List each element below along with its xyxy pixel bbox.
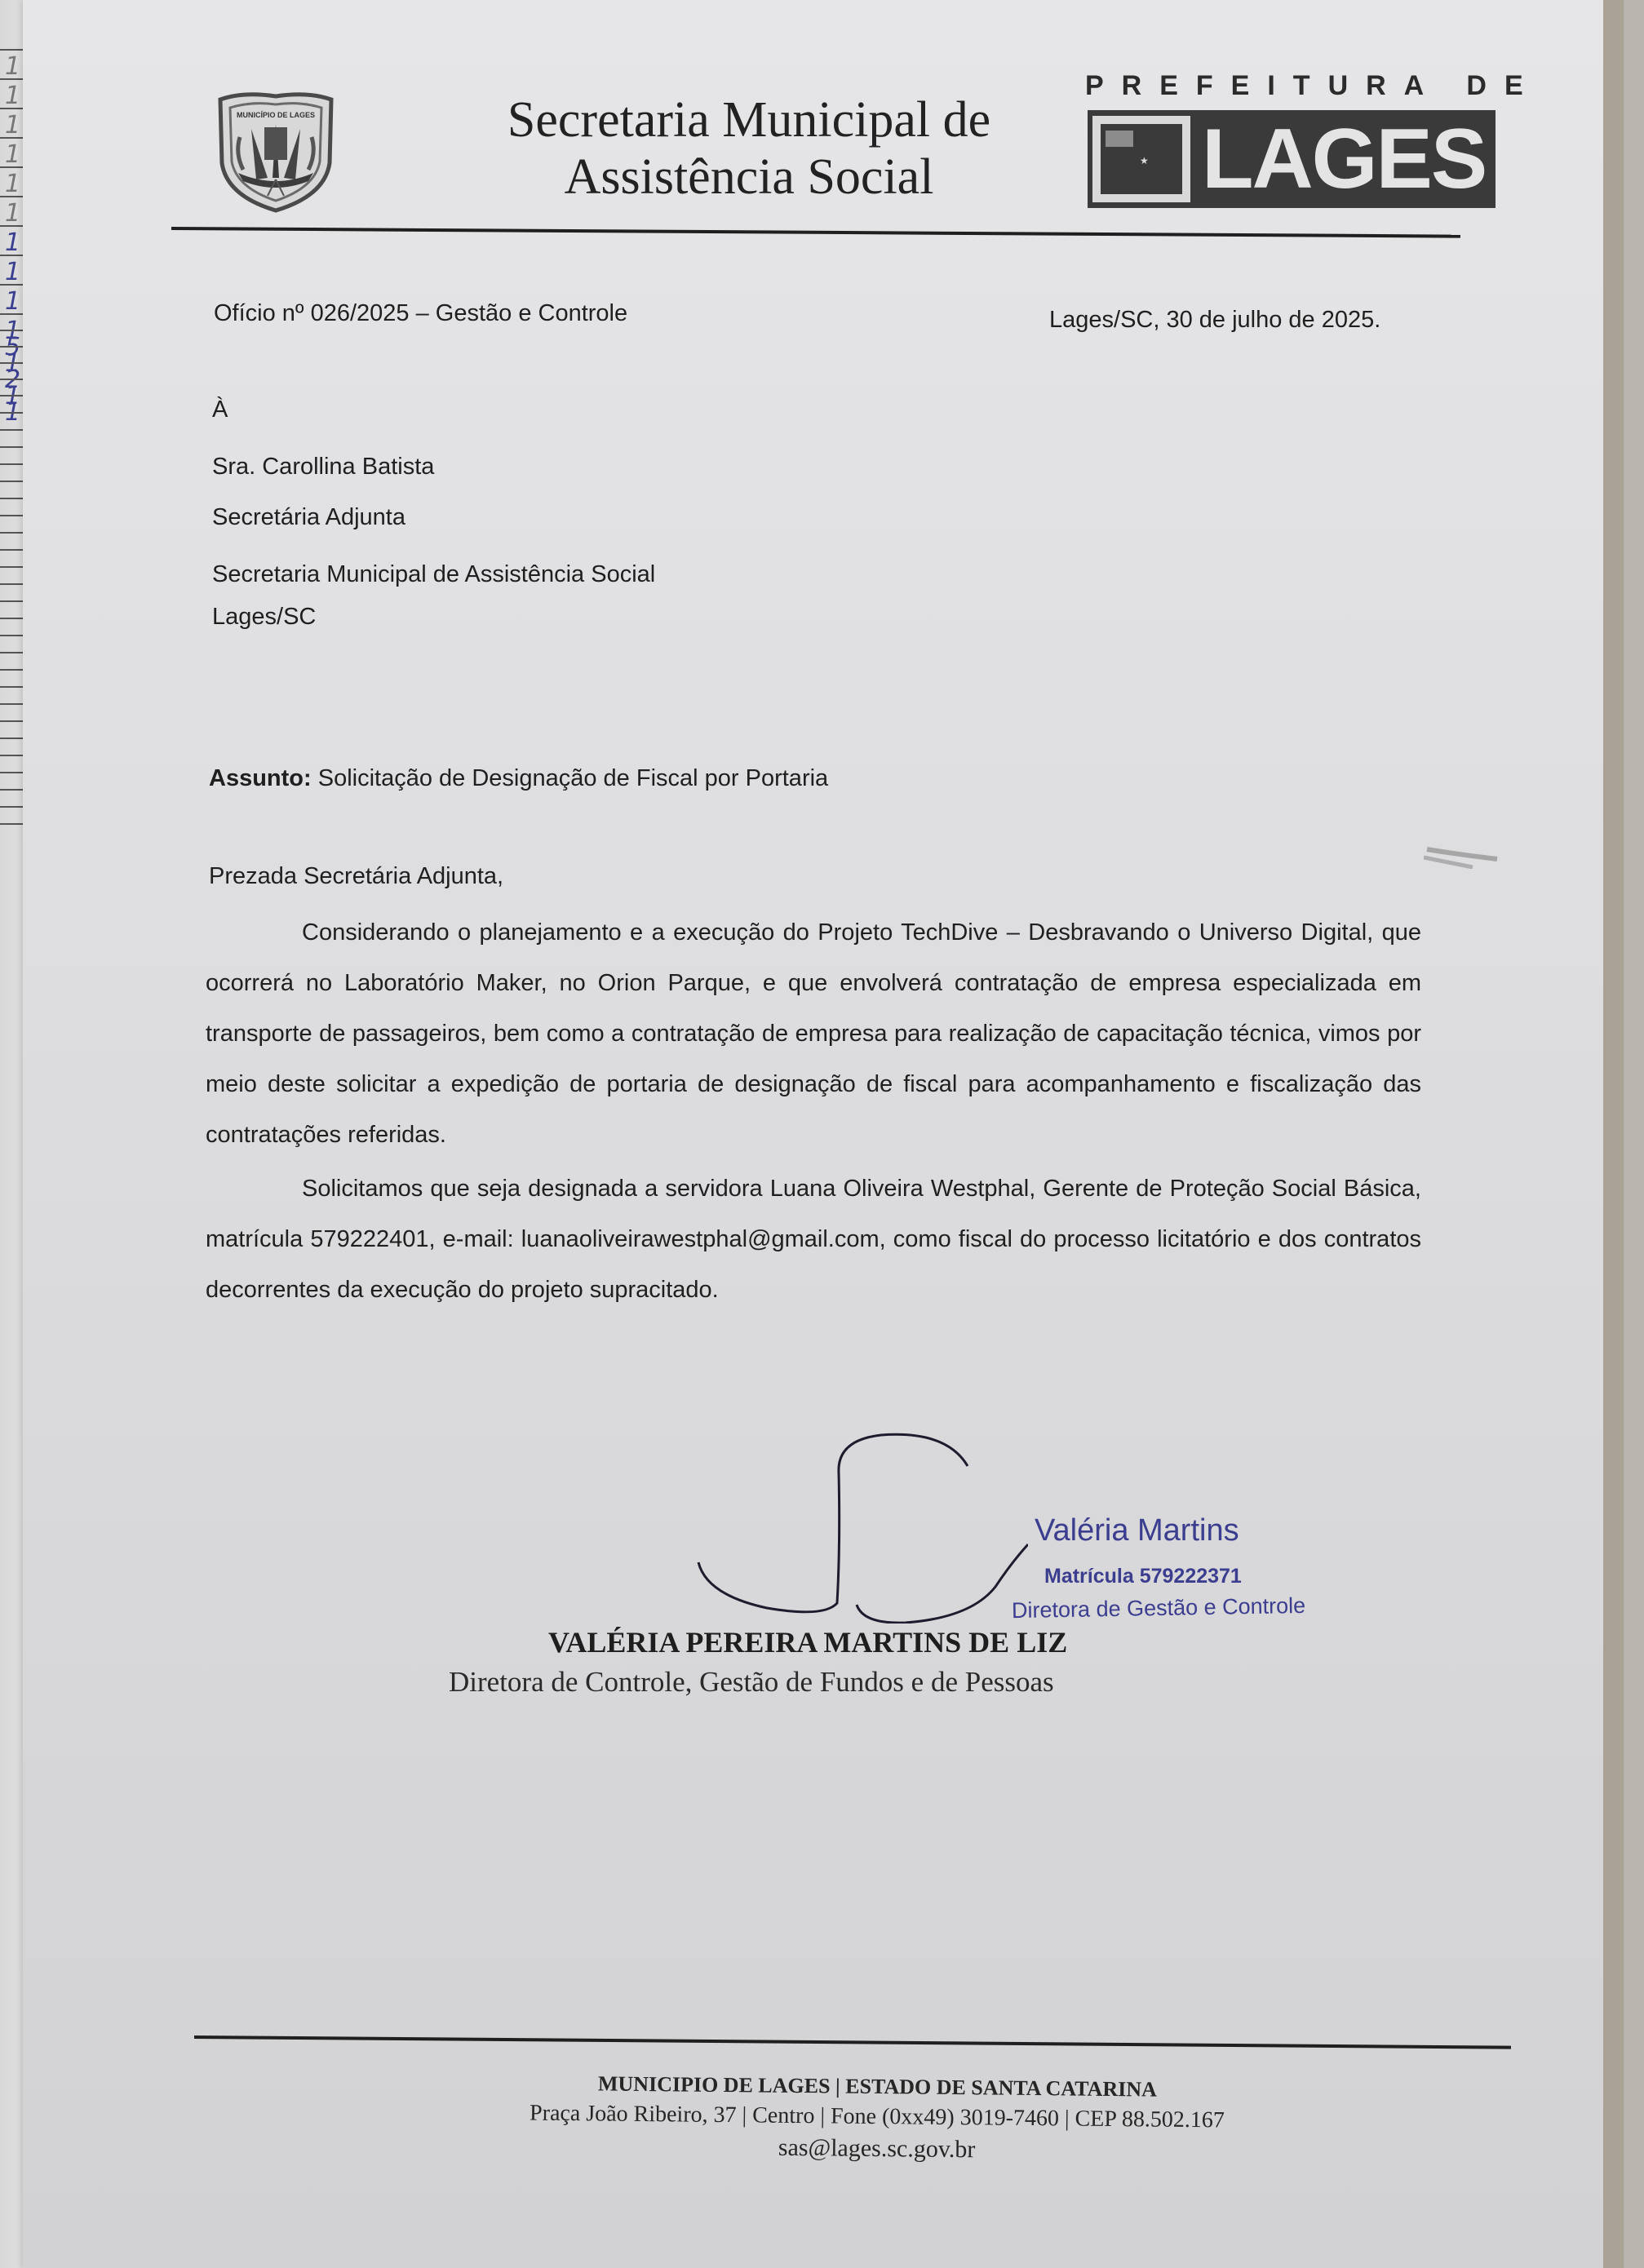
ruled-line bbox=[0, 772, 24, 773]
ruled-line bbox=[0, 429, 24, 431]
ruled-line bbox=[0, 166, 24, 168]
recipient-salutation: À bbox=[212, 396, 228, 423]
lages-logo: ★ LAGES bbox=[1088, 110, 1496, 208]
recipient-title: Secretária Adjunta bbox=[212, 504, 405, 531]
ruled-line bbox=[0, 498, 24, 499]
flag-stripe bbox=[1106, 131, 1133, 147]
ruled-line bbox=[0, 379, 24, 380]
handwritten-mark: 1 bbox=[5, 52, 20, 81]
ruled-line bbox=[0, 532, 24, 534]
ruled-line bbox=[0, 806, 24, 808]
ruled-line bbox=[0, 463, 24, 465]
ruled-line bbox=[0, 515, 24, 516]
ruled-line bbox=[0, 669, 24, 671]
handwritten-mark: 1 bbox=[5, 111, 20, 140]
subject-text: Solicitação de Designação de Fiscal por … bbox=[312, 765, 829, 791]
recipient-name: Sra. Carollina Batista bbox=[212, 454, 434, 481]
ruled-line bbox=[0, 255, 24, 256]
ruled-line bbox=[0, 330, 24, 331]
ruled-line bbox=[0, 225, 24, 227]
department-title: Secretaria Municipal de Assistência Soci… bbox=[488, 91, 1010, 206]
handwritten-mark: 1 bbox=[5, 258, 20, 286]
letter-paragraph: Solicitamos que seja designada a servido… bbox=[206, 1163, 1421, 1315]
signer-role: Diretora de Controle, Gestão de Fundos e… bbox=[449, 1666, 1054, 1699]
department-title-line1: Secretaria Municipal de bbox=[488, 91, 1010, 148]
stamp-role: Diretora de Gestão e Controle bbox=[1012, 1593, 1306, 1623]
flag-icon: ★ bbox=[1092, 116, 1190, 202]
ruled-line bbox=[0, 618, 24, 619]
ruled-line bbox=[0, 313, 24, 315]
ruled-line bbox=[0, 137, 24, 139]
ruled-line bbox=[0, 395, 24, 396]
ruled-line bbox=[0, 412, 24, 414]
ruled-line bbox=[0, 600, 24, 602]
handwritten-mark: 1 bbox=[5, 140, 20, 169]
ruled-line bbox=[0, 583, 24, 585]
handwritten-signature bbox=[685, 1424, 1028, 1623]
ruled-line bbox=[0, 108, 24, 109]
stamp-name: Valéria Martins bbox=[1035, 1513, 1239, 1548]
ruled-line bbox=[0, 78, 24, 80]
recipient-city: Lages/SC bbox=[212, 604, 316, 631]
ruled-line bbox=[0, 652, 24, 653]
ruled-line bbox=[0, 823, 24, 825]
ruled-line bbox=[0, 481, 24, 482]
ruled-line bbox=[0, 549, 24, 551]
letter-reference: Ofício nº 026/2025 – Gestão e Controle bbox=[214, 300, 627, 327]
ruled-line bbox=[0, 446, 24, 448]
prefeitura-label: PREFEITURA DE bbox=[1085, 70, 1541, 102]
star-icon: ★ bbox=[1140, 155, 1149, 166]
ruled-line bbox=[0, 196, 24, 197]
department-title-line2: Assistência Social bbox=[488, 148, 1010, 206]
subject-label: Assunto: bbox=[209, 765, 312, 791]
ruled-line bbox=[0, 789, 24, 791]
ruled-line bbox=[0, 346, 24, 348]
ruled-line bbox=[0, 49, 24, 51]
letter-subject: Assunto: Solicitação de Designação de Fi… bbox=[209, 765, 828, 792]
svg-text:MUNICÍPIO DE LAGES: MUNICÍPIO DE LAGES bbox=[237, 111, 315, 119]
ruled-line bbox=[0, 738, 24, 739]
letter-date: Lages/SC, 30 de julho de 2025. bbox=[1049, 307, 1380, 334]
handwritten-mark: 1 bbox=[5, 82, 20, 110]
pen-smudge bbox=[1424, 844, 1505, 869]
handwritten-mark: 1 bbox=[5, 170, 20, 198]
ruled-line bbox=[0, 362, 24, 364]
lages-logo-word: LAGES bbox=[1202, 117, 1486, 202]
recipient-department: Secretaria Municipal de Assistência Soci… bbox=[212, 561, 655, 588]
letterhead-footer: MUNICIPIO DE LAGES | ESTADO DE SANTA CAT… bbox=[326, 2066, 1428, 2171]
ruled-line bbox=[0, 703, 24, 705]
stamp-matricula: Matrícula 579222371 bbox=[1044, 1565, 1242, 1588]
handwritten-mark: 1 bbox=[5, 199, 20, 228]
ruled-line bbox=[0, 755, 24, 756]
ruled-line bbox=[0, 284, 24, 286]
ruled-line bbox=[0, 566, 24, 568]
handwritten-mark: 1 bbox=[5, 287, 20, 316]
ruled-line bbox=[0, 635, 24, 636]
ruled-line bbox=[0, 720, 24, 722]
handwritten-mark: 1 bbox=[5, 228, 20, 257]
letter-greeting: Prezada Secretária Adjunta, bbox=[209, 863, 503, 890]
coat-of-arms-icon: MUNICÍPIO DE LAGES bbox=[210, 88, 341, 215]
signer-name: VALÉRIA PEREIRA MARTINS DE LIZ bbox=[548, 1625, 1067, 1659]
sheet-shadow-edge bbox=[1603, 0, 1624, 2268]
letter-paragraph: Considerando o planejamento e a execução… bbox=[206, 907, 1421, 1160]
ruled-line bbox=[0, 686, 24, 688]
